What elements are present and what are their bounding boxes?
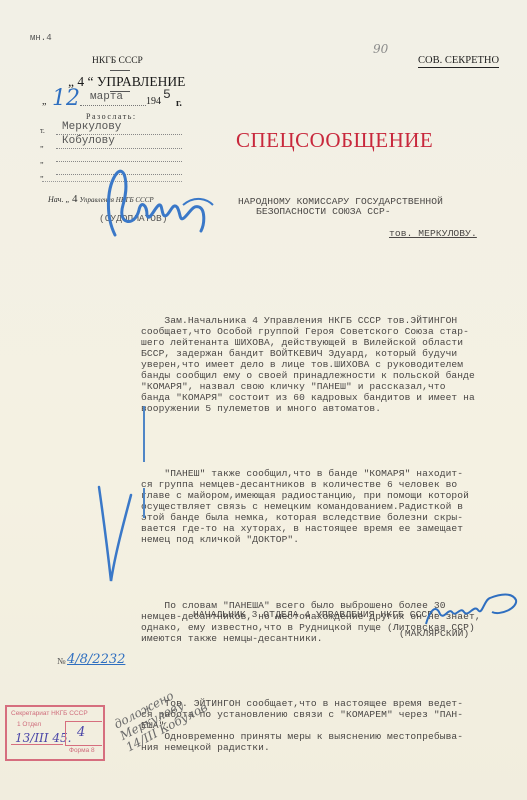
document-page: мн.4 90 СОВ. СЕКРЕТНО НКГБ СССР „ 4 “ УП… [0, 0, 527, 800]
organization-name: НКГБ СССР [92, 56, 143, 66]
classification-label: СОВ. СЕКРЕТНО [418, 55, 499, 68]
addressee-line-2: БЕЗОПАСНОСТИ СОЮЗА ССР- [256, 206, 391, 217]
stamp-date: 13/III 45. [15, 731, 71, 745]
margin-mark [143, 406, 145, 462]
distribution-mark: „ [40, 156, 44, 165]
margin-mark [143, 488, 145, 518]
body-paragraph: "ПАНЕШ" также сообщил,что в банде "КОМАР… [141, 469, 521, 546]
date-day: 12 [52, 86, 80, 111]
divider [11, 744, 63, 745]
chief-department-number: 4 [72, 193, 78, 205]
corner-mark: мн.4 [30, 33, 52, 43]
date-year-prefix: 194 [146, 96, 161, 107]
distribution-mark: „ [40, 140, 44, 149]
distribution-recipient: Меркулову [62, 121, 121, 133]
signer-signature-icon [420, 590, 520, 630]
distribution-label: Разослать: [86, 112, 137, 121]
chief-signature-icon [95, 165, 225, 240]
document-title: СПЕЦСООБЩЕНИЕ [236, 128, 433, 153]
date-year-suffix: 5 [163, 87, 171, 102]
reference-prefix: № [57, 656, 66, 666]
stamp-subtitle: 1 Отдел [17, 721, 41, 728]
date-quote: „ [42, 96, 46, 107]
divider [56, 148, 182, 149]
reference-number: 4/8/2232 [67, 652, 125, 667]
divider [56, 161, 182, 162]
date-underline [80, 105, 146, 106]
distribution-mark: „ [40, 170, 44, 179]
stamp-footer: Форма 8 [69, 747, 95, 754]
chief-position-prefix: Нач. „ [48, 195, 70, 204]
stamp-title: Секретариат НКГБ СССР [11, 710, 88, 717]
signer-title: НАЧАЛЬНИК 3 ОТДЕЛА 4 УПРАВЛЕНИЯ НКГБ ССС… [193, 609, 439, 620]
distribution-recipient: Кобулову [62, 135, 115, 147]
date-month: марта [90, 91, 123, 103]
checkmark-icon [95, 485, 135, 585]
addressee-line-3: тов. МЕРКУЛОВУ. [389, 228, 477, 239]
body-paragraph: Зам.Начальника 4 Управления НКГБ СССР то… [141, 316, 521, 415]
divider [110, 70, 130, 71]
page-number: 90 [373, 42, 388, 56]
registration-stamp: Секретариат НКГБ СССР 1 Отдел 13/III 45.… [5, 705, 105, 761]
stamp-number: 4 [77, 725, 85, 740]
distribution-mark: т. [40, 126, 45, 135]
date-year-mark: г. [176, 98, 182, 109]
